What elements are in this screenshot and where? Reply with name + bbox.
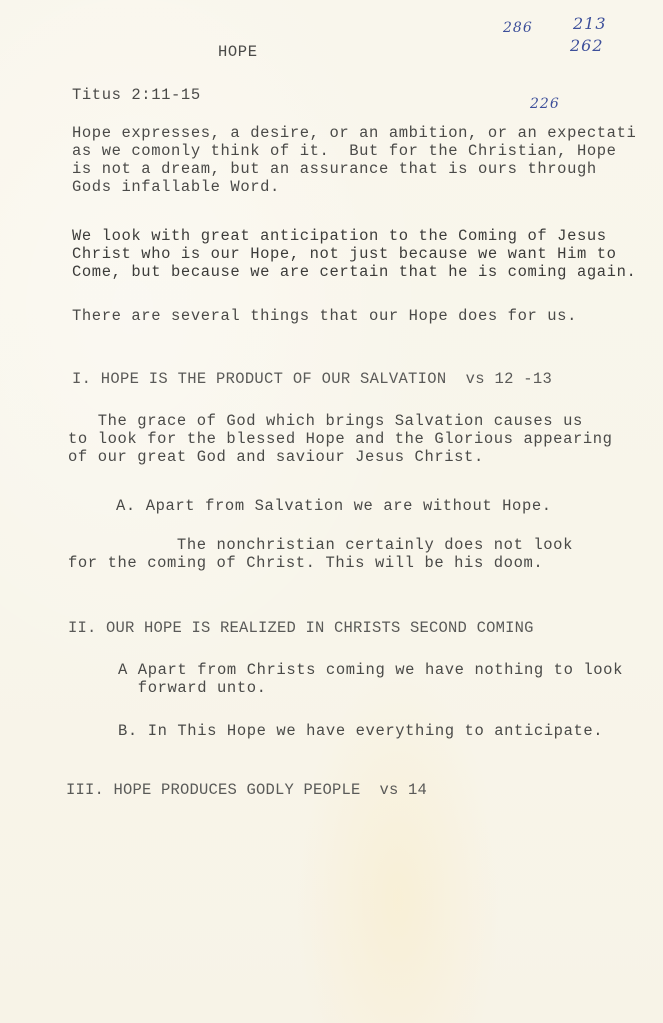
point-body-line: for the coming of Christ. This will be h…: [68, 554, 543, 572]
scripture-reference: Titus 2:11-15: [72, 86, 201, 104]
point-a: A Apart from Christs coming we have noth…: [118, 661, 623, 679]
point-body-line: The nonchristian certainly does not look: [68, 536, 573, 554]
section-body-line: The grace of God which brings Salvation …: [68, 412, 583, 430]
typewritten-page: 286 213 262 226 HOPE Titus 2:11-15 Hope …: [0, 0, 663, 1023]
section-heading: II. OUR HOPE IS REALIZED IN CHRISTS SECO…: [68, 619, 534, 637]
paragraph-line: Gods infallable Word.: [72, 178, 280, 196]
handwritten-note-213: 213: [573, 14, 607, 33]
point-a: A. Apart from Salvation we are without H…: [116, 497, 552, 515]
paragraph-line: Come, but because we are certain that he…: [72, 263, 636, 281]
handwritten-note-226: 226: [530, 96, 560, 112]
section-heading: I. HOPE IS THE PRODUCT OF OUR SALVATION …: [72, 370, 552, 388]
document-title: HOPE: [218, 43, 258, 61]
paragraph-line: Christ who is our Hope, not just because…: [72, 245, 617, 263]
transition-sentence: There are several things that our Hope d…: [72, 307, 577, 325]
point-a-continuation: forward unto.: [118, 679, 267, 697]
paragraph-line: Hope expresses, a desire, or an ambition…: [72, 124, 636, 142]
paragraph-line: We look with great anticipation to the C…: [72, 227, 607, 245]
handwritten-note-286: 286: [503, 20, 533, 36]
section-body-line: of our great God and saviour Jesus Chris…: [68, 448, 484, 466]
paragraph-line: is not a dream, but an assurance that is…: [72, 160, 597, 178]
point-b: B. In This Hope we have everything to an…: [118, 722, 603, 740]
paragraph-line: as we comonly think of it. But for the C…: [72, 142, 617, 160]
section-heading: III. HOPE PRODUCES GODLY PEOPLE vs 14: [66, 781, 427, 799]
section-body-line: to look for the blessed Hope and the Glo…: [68, 430, 613, 448]
handwritten-note-262: 262: [570, 36, 604, 55]
